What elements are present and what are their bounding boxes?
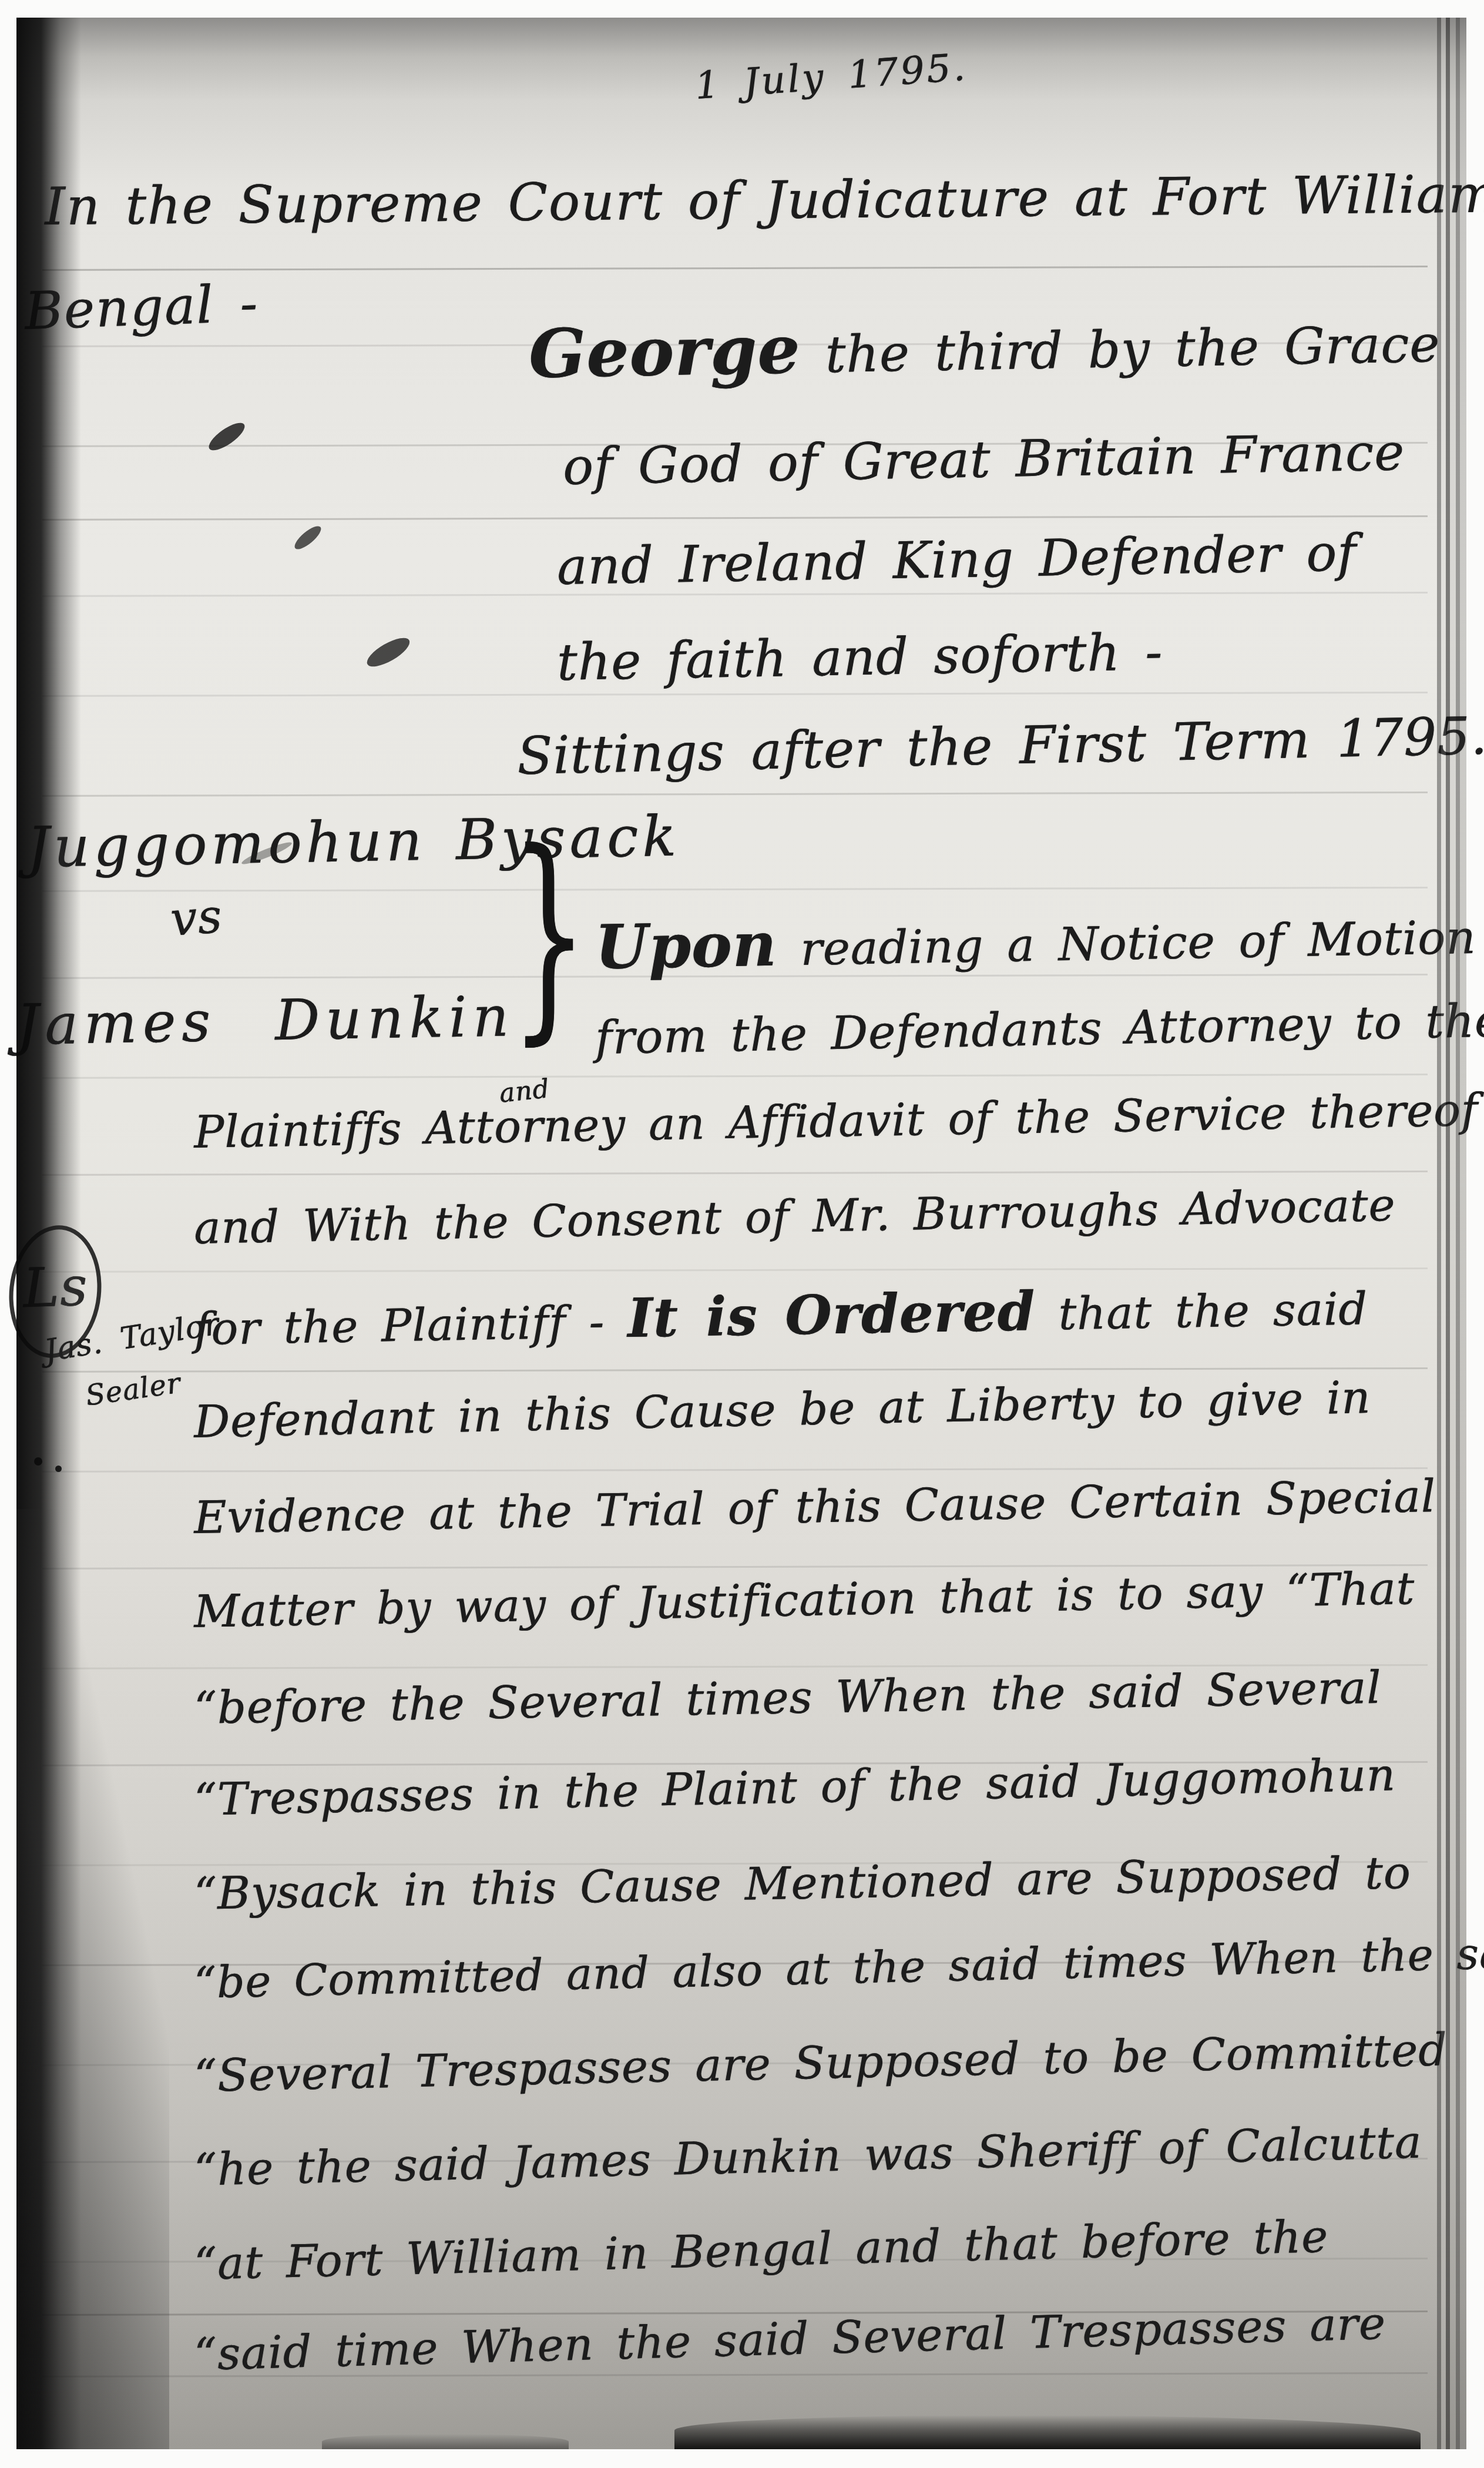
sittings-line: Sittings after the First Term 1795. — [516, 705, 1484, 786]
royal-style-line3: and Ireland King Defender of — [556, 524, 1357, 596]
ruled-line — [42, 887, 1428, 892]
document-page: 1 July 1795. In the Supreme Court of Jud… — [0, 0, 1484, 2468]
caption-defendant: James Dunkin — [16, 984, 515, 1058]
ruled-line — [42, 1367, 1428, 1373]
order-line: “Bysack in this Cause Mentioned are Supp… — [193, 1846, 1411, 1920]
order-line: “at Fort William in Bengal and that befo… — [193, 2210, 1329, 2290]
order-line: Upon reading a Notice of Motion — [595, 897, 1476, 983]
order-line: Plaintiffs Attorney an Affidavit of the … — [193, 1084, 1478, 1158]
ruled-line — [42, 1267, 1428, 1273]
royal-style-george: George — [528, 310, 801, 393]
royal-style-line2: of God of Great Britain France — [562, 423, 1405, 497]
court-heading-line1: In the Supreme Court of Judicature at Fo… — [45, 163, 1484, 237]
order-line: Defendant in this Cause be at Liberty to… — [193, 1371, 1371, 1448]
caption-versus: vs — [169, 888, 224, 947]
binding-gutter-shadow-bottom — [16, 1509, 169, 2449]
order-line: “Trespasses in the Plaint of the said Ju… — [193, 1748, 1396, 1826]
page-edge-lines — [1432, 18, 1466, 2449]
ink-smear — [291, 522, 324, 552]
paper: 1 July 1795. In the Supreme Court of Jud… — [16, 18, 1466, 2449]
royal-style-line1: George the third by the Grace — [528, 299, 1441, 393]
bottom-edge-stain-small — [322, 2434, 569, 2449]
order-line: “said time When the said Several Trespas… — [193, 2297, 1386, 2380]
ruled-line — [42, 1074, 1428, 1079]
order-line: “be Committed and also at the said times… — [193, 1927, 1484, 2008]
ruled-line — [42, 1171, 1428, 1176]
order-line: from the Defendants Attorney to the — [595, 994, 1484, 1065]
order-line: Evidence at the Trial of this Cause Cert… — [193, 1470, 1436, 1544]
ruled-line — [42, 515, 1428, 521]
caption-brace: } — [510, 823, 589, 1046]
order-line: Matter by way of Justification that is t… — [193, 1562, 1415, 1638]
order-line: “Several Trespasses are Supposed to be C… — [193, 2023, 1448, 2102]
bottom-edge-stain — [674, 2415, 1421, 2449]
date-line: 1 July 1795. — [693, 46, 968, 108]
order-upon: Upon — [595, 909, 777, 983]
ink-smear — [205, 418, 249, 455]
royal-style-line4: the faith and soforth - — [556, 623, 1163, 692]
sealer-role: Sealer — [83, 1367, 183, 1413]
order-line: “before the Several times When the said … — [193, 1661, 1382, 1734]
order-it-is-ordered: It is Ordered — [627, 1279, 1036, 1350]
ruled-line — [42, 692, 1428, 697]
order-line: for the Plaintiff - It is Ordered that t… — [193, 1273, 1368, 1357]
ruled-line — [42, 792, 1428, 797]
order-line: “he the said James Dunkin was Sheriff of… — [193, 2116, 1422, 2196]
order-line: and With the Consent of Mr. Burroughs Ad… — [193, 1179, 1396, 1254]
ink-smear — [363, 633, 414, 672]
ruled-line — [42, 266, 1428, 271]
ruled-line — [42, 1467, 1428, 1473]
